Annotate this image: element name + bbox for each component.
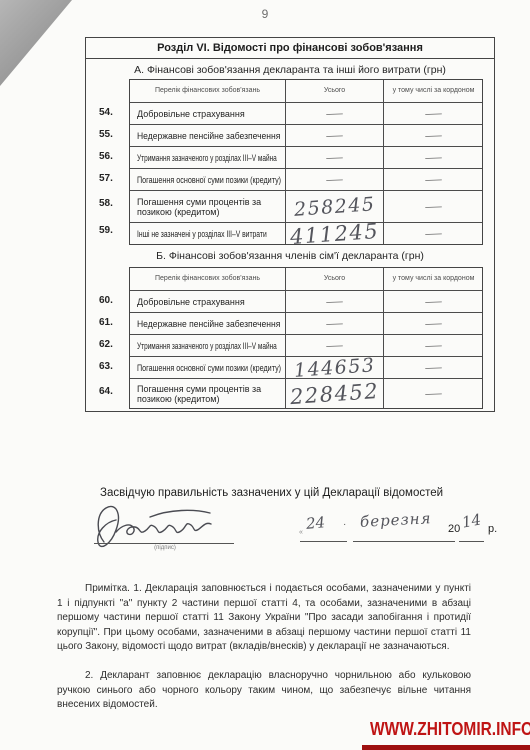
table-row: Погашення суми процентів за позикою (кре… [130, 378, 482, 408]
table-row: Інші не зазначені у розділах III–V витра… [130, 222, 482, 244]
notes-section: Примітка. 1. Декларація заповнюється і п… [57, 582, 471, 713]
table-row: Утримання зазначеного у розділах III–V м… [130, 334, 482, 356]
handwritten-dash: — [326, 151, 343, 164]
handwritten-dash: — [425, 361, 442, 374]
row-number: 56. [99, 151, 127, 162]
row-number: 63. [99, 361, 127, 372]
row-number: 55. [99, 129, 127, 140]
date-year-line [459, 541, 484, 542]
date-day-line [300, 541, 347, 542]
table-row: Недержавне пенсійне забезпечення — — [130, 312, 482, 334]
row-label: Утримання зазначеного у розділах III–V м… [137, 153, 277, 163]
handwritten-dash: — [425, 173, 442, 186]
row-number: 58. [99, 198, 127, 209]
handwritten-dash: — [425, 129, 442, 142]
handwritten-date-year: 14 [461, 510, 483, 531]
row-number: 61. [99, 317, 127, 328]
handwritten-dash: — [425, 295, 442, 308]
handwritten-value: 228452 [289, 379, 380, 408]
row-number: 57. [99, 173, 127, 184]
row-label: Погашення основної суми позики (кредиту) [137, 363, 281, 373]
row-label: Недержавне пенсійне забезпечення [137, 131, 280, 141]
row-label: Погашення суми процентів за позикою (кре… [137, 384, 285, 404]
row-label: Погашення основної суми позики (кредиту) [137, 175, 281, 185]
signature-line [94, 543, 234, 544]
handwritten-dash: — [425, 107, 442, 120]
date-quote-open: « [299, 529, 303, 536]
column-header-total: Усього [285, 268, 383, 290]
handwritten-dash: — [425, 317, 442, 330]
table-row: Добровільне страхування — — [130, 290, 482, 312]
table-b-subtitle: Б. Фінансові зобов'язання членів сім'ї д… [86, 250, 494, 262]
table-a: Перелік фінансових зобов'язань Усього у … [129, 79, 483, 245]
table-row: Погашення основної суми позики (кредиту)… [130, 168, 482, 190]
column-header-abroad: у тому числі за кордоном [383, 80, 483, 102]
date-century: 20 [448, 523, 460, 535]
date-month-line [353, 541, 455, 542]
handwritten-dash: — [425, 151, 442, 164]
row-label: Недержавне пенсійне забезпечення [137, 319, 280, 329]
row-label: Інші не зазначені у розділах III–V витра… [137, 229, 267, 239]
table-row: Утримання зазначеного у розділах III–V м… [130, 146, 482, 168]
handwritten-date-month: березня [360, 509, 432, 531]
handwritten-dash: — [425, 227, 442, 240]
handwritten-dash: — [425, 200, 442, 213]
handwritten-dash: — [326, 107, 343, 120]
watermark-red-bar [362, 745, 530, 750]
table-b-header-row: Перелік фінансових зобов'язань Усього у … [130, 268, 482, 290]
handwritten-dash: — [425, 339, 442, 352]
table-row: Погашення суми процентів за позикою (кре… [130, 190, 482, 222]
declaration-form-section-vi: Розділ VI. Відомості про фінансові зобов… [85, 37, 495, 412]
section-title: Розділ VI. Відомості про фінансові зобов… [86, 38, 494, 59]
signature: (підпис) [90, 498, 240, 553]
row-label: Утримання зазначеного у розділах III–V м… [137, 341, 277, 351]
table-a-subtitle: А. Фінансові зобов'язання декларанта та … [86, 64, 494, 76]
row-label: Погашення суми процентів за позикою (кре… [137, 197, 285, 217]
handwritten-dash: — [326, 317, 343, 330]
handwritten-value: 258245 [293, 193, 376, 221]
handwritten-value: 411245 [289, 223, 380, 244]
table-row: Недержавне пенсійне забезпечення — — [130, 124, 482, 146]
table-row: Погашення основної суми позики (кредиту)… [130, 356, 482, 378]
note-paragraph-2: 2. Декларант заповнює декларацію власнор… [57, 669, 471, 713]
column-header-abroad: у тому числі за кордоном [383, 268, 483, 290]
handwritten-dash: — [326, 339, 343, 352]
handwritten-value: 144653 [293, 357, 376, 378]
row-number: 62. [99, 339, 127, 350]
table-a-header-row: Перелік фінансових зобов'язань Усього у … [130, 80, 482, 102]
column-header-list: Перелік фінансових зобов'язань [130, 80, 285, 102]
handwritten-dash: — [326, 173, 343, 186]
handwritten-dash: — [425, 387, 442, 400]
handwritten-dash: — [326, 295, 343, 308]
table-b: Перелік фінансових зобов'язань Усього у … [129, 267, 483, 409]
row-label: Добровільне страхування [137, 297, 245, 307]
handwritten-dash: — [326, 129, 343, 142]
column-header-list: Перелік фінансових зобов'язань [130, 268, 285, 290]
row-number: 59. [99, 225, 127, 236]
note-paragraph-1: Примітка. 1. Декларація заповнюється і п… [57, 582, 471, 655]
watermark-text: WWW.ZHITOMIR.INFO [370, 719, 530, 740]
row-number: 64. [99, 386, 127, 397]
table-row: Добровільне страхування — — [130, 102, 482, 124]
row-label: Добровільне страхування [137, 109, 245, 119]
row-number: 54. [99, 107, 127, 118]
handwritten-date-day: 24 [305, 513, 326, 533]
page-number: 9 [0, 7, 530, 21]
signature-caption: (підпис) [130, 545, 200, 551]
date-dot: · [343, 519, 346, 530]
column-header-total: Усього [285, 80, 383, 102]
row-number: 60. [99, 295, 127, 306]
date-suffix: р. [488, 523, 497, 535]
